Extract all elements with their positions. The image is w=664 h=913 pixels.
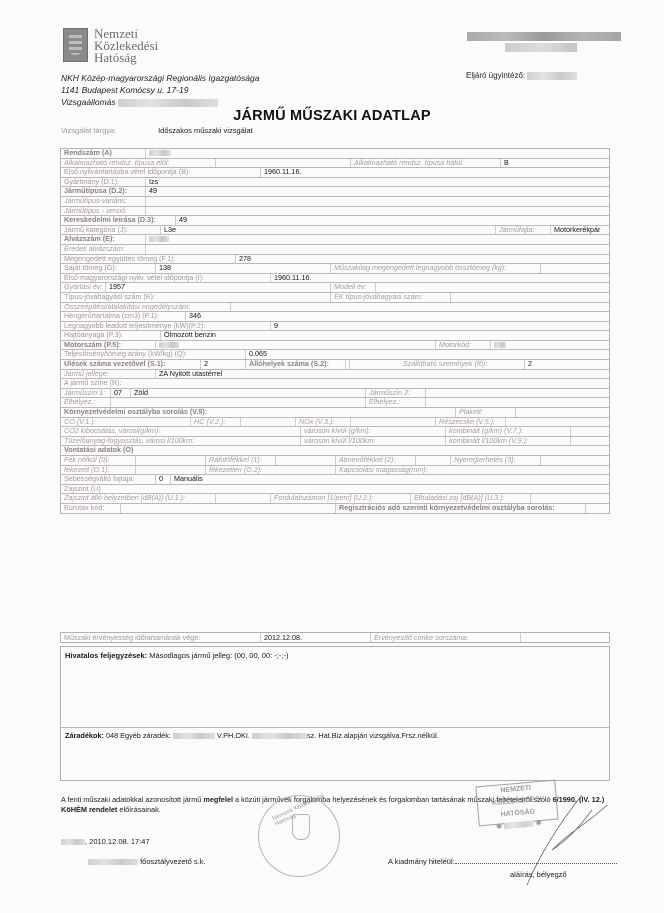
notes-box: Hivatalos feljegyzések: Másodlagos jármű… (60, 646, 610, 781)
signer: főosztályvezető s.k. (88, 857, 206, 866)
nkh-logo: Nemzeti Közlekedési Hatóság (63, 28, 158, 64)
redacted-plate (149, 150, 171, 156)
case-officer: Eljáró ügyintéző: (466, 71, 577, 80)
org-address: 1141 Budapest Komócsy u. 17-19 (61, 84, 259, 96)
coat-of-arms-icon (63, 28, 88, 62)
page-title: JÁRMŰ MŰSZAKI ADATLAP (0, 108, 664, 124)
authentication-line: A kiadmány hiteléül: (388, 857, 617, 866)
redacted-station (118, 99, 218, 107)
validity-row: Műszaki érvényesség időtartamának vége: … (60, 632, 610, 643)
redacted-engine-code (494, 342, 506, 348)
vehicle-data-form: Rendszám (A) Alkalmazható rendsz. típusa… (60, 148, 610, 514)
redacted-ref-2 (252, 733, 307, 739)
clauses: Záradékok: 048 Egyéb záradék: V.PH.OKI. … (65, 731, 439, 740)
signature-caption: aláírás, bélyegző (510, 870, 567, 879)
redacted-place (61, 839, 85, 845)
redacted-recipient (467, 32, 621, 52)
official-notes: Hivatalos feljegyzések: Másodlagos jármű… (65, 651, 288, 660)
station-label: Vizsgaállomás (61, 97, 116, 107)
redacted-engine-no (159, 342, 179, 348)
round-seal-icon: Nemzeti Közlekedési Hatóság (258, 795, 340, 877)
redacted-officer (527, 72, 577, 80)
inspection-subject: Vizsgálat tárgya: Időszakos műszaki vizs… (61, 126, 253, 135)
organization-address: NKH Közép-magyarországi Regionális Igazg… (61, 72, 259, 108)
row-rendszam: Rendszám (A) (61, 149, 609, 159)
logo-line-3: Hatóság (94, 52, 158, 64)
org-name: NKH Közép-magyarországi Regionális Igazg… (61, 72, 259, 84)
redacted-vin (149, 236, 169, 242)
redacted-signer-name (88, 859, 138, 865)
issue-date: , 2010.12.08. 17:47 (61, 837, 150, 846)
redacted-ref-1 (173, 733, 215, 739)
